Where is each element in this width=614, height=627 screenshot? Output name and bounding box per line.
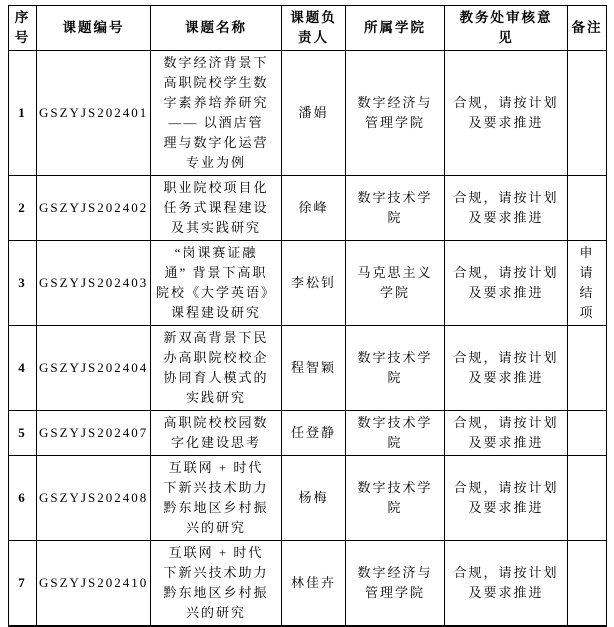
project-title-cell: 数字经济背景下 高职院校学生数 字素养培养研究 —— 以酒店管 理与数字化运营 … (151, 51, 282, 176)
project-title-cell: 职业院校项目化 任务式课程建设 及其实践研究 (151, 176, 282, 241)
college-cell: 数字技术学 院 (346, 176, 445, 241)
leader-cell: 潘娟 (282, 51, 346, 176)
project-code-cell: GSZYJS202407 (37, 411, 151, 456)
project-code-cell: GSZYJS202401 (37, 51, 151, 176)
document-page: 序 号 课题编号 课题名称 课题负 责人 所属学院 教务处审核意 见 备注 1 … (0, 0, 614, 626)
college-cell: 马克思主义 学院 (346, 241, 445, 326)
leader-cell: 林佳卉 (282, 541, 346, 627)
table-row: 7 GSZYJS202410 互联网 + 时代 下新兴技术助力 黔东地区乡村振 … (9, 541, 607, 627)
table-row: 2 GSZYJS202402 职业院校项目化 任务式课程建设 及其实践研究 徐峰… (9, 176, 607, 241)
col-header-project-code: 课题编号 (37, 6, 151, 51)
review-opinion-cell: 合规，请按计划 及要求推进 (445, 541, 568, 627)
seq-cell: 2 (9, 176, 37, 241)
project-code-cell: GSZYJS202402 (37, 176, 151, 241)
col-header-leader: 课题负 责人 (282, 6, 346, 51)
project-code-cell: GSZYJS202408 (37, 456, 151, 541)
college-cell: 数字技术学 院 (346, 411, 445, 456)
header-row: 序 号 课题编号 课题名称 课题负 责人 所属学院 教务处审核意 见 备注 (9, 6, 607, 51)
college-cell: 数字技术学 院 (346, 326, 445, 411)
remarks-cell (568, 176, 607, 241)
remarks-cell (568, 456, 607, 541)
college-cell: 数字经济与 管理学院 (346, 51, 445, 176)
table-row: 4 GSZYJS202404 新双高背景下民 办高职院校校企 协同育人模式的 实… (9, 326, 607, 411)
leader-cell: 李松钊 (282, 241, 346, 326)
project-title-cell: 互联网 + 时代 下新兴技术助力 黔东地区乡村振 兴的研究 (151, 456, 282, 541)
review-opinion-cell: 合规，请按计划 及要求推进 (445, 411, 568, 456)
col-header-seq: 序 号 (9, 6, 37, 51)
remarks-cell: 申 请 结 项 (568, 241, 607, 326)
col-header-college: 所属学院 (346, 6, 445, 51)
leader-cell: 徐峰 (282, 176, 346, 241)
col-header-project-title: 课题名称 (151, 6, 282, 51)
table-row: 3 GSZYJS202403 “岗课赛证融 通” 背景下高职 院校《大学英语》 … (9, 241, 607, 326)
table-row: 5 GSZYJS202407 高职院校校园数 字化建设思考 任登静 数字技术学 … (9, 411, 607, 456)
remarks-cell (568, 411, 607, 456)
leader-cell: 杨梅 (282, 456, 346, 541)
seq-cell: 5 (9, 411, 37, 456)
project-title-cell: 新双高背景下民 办高职院校校企 协同育人模式的 实践研究 (151, 326, 282, 411)
remarks-cell (568, 51, 607, 176)
table-row: 1 GSZYJS202401 数字经济背景下 高职院校学生数 字素养培养研究 —… (9, 51, 607, 176)
project-title-cell: 互联网 + 时代 下新兴技术助力 黔东地区乡村振 兴的研究 (151, 541, 282, 627)
project-code-cell: GSZYJS202403 (37, 241, 151, 326)
project-title-cell: 高职院校校园数 字化建设思考 (151, 411, 282, 456)
review-opinion-cell: 合规，请按计划 及要求推进 (445, 51, 568, 176)
col-header-review-opinion: 教务处审核意 见 (445, 6, 568, 51)
seq-cell: 7 (9, 541, 37, 627)
project-review-table: 序 号 课题编号 课题名称 课题负 责人 所属学院 教务处审核意 见 备注 1 … (8, 5, 607, 627)
review-opinion-cell: 合规，请按计划 及要求推进 (445, 456, 568, 541)
project-code-cell: GSZYJS202410 (37, 541, 151, 627)
review-opinion-cell: 合规，请按计划 及要求推进 (445, 241, 568, 326)
college-cell: 数字技术学 院 (346, 456, 445, 541)
seq-cell: 1 (9, 51, 37, 176)
project-title-cell: “岗课赛证融 通” 背景下高职 院校《大学英语》 课程建设研究 (151, 241, 282, 326)
leader-cell: 任登静 (282, 411, 346, 456)
review-opinion-cell: 合规，请按计划 及要求推进 (445, 176, 568, 241)
college-cell: 数字经济与 管理学院 (346, 541, 445, 627)
remarks-cell (568, 541, 607, 627)
table-row: 6 GSZYJS202408 互联网 + 时代 下新兴技术助力 黔东地区乡村振 … (9, 456, 607, 541)
remarks-cell (568, 326, 607, 411)
seq-cell: 4 (9, 326, 37, 411)
col-header-remarks: 备注 (568, 6, 607, 51)
project-code-cell: GSZYJS202404 (37, 326, 151, 411)
seq-cell: 6 (9, 456, 37, 541)
seq-cell: 3 (9, 241, 37, 326)
review-opinion-cell: 合规，请按计划 及要求推进 (445, 326, 568, 411)
leader-cell: 程智颖 (282, 326, 346, 411)
